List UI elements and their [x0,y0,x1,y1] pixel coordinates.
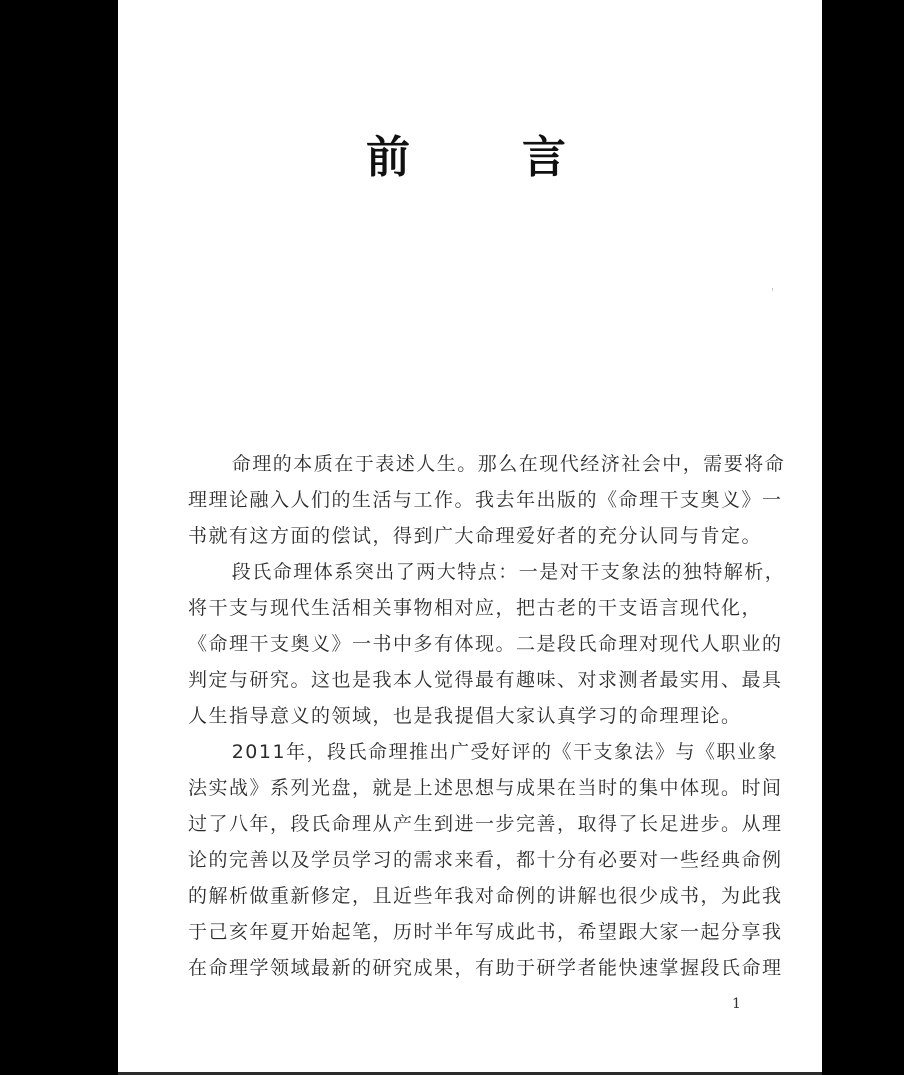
scan-speck [772,288,773,291]
text-line: 人生指导意义的领域，也是我提倡大家认真学习的命理理论。 [188,698,748,734]
text-line: 段氏命理体系突出了两大特点：一是对干支象法的独特解析， [188,554,748,590]
text-line: 在命理学领域最新的研究成果，有助于研学者能快速掌握段氏命理 [188,950,748,986]
paragraph-1: 命理的本质在于表述人生。那么在现代经济社会中，需要将命 理理论融入人们的生活与工… [188,446,748,554]
text-line: 法实战》系列光盘，就是上述思想与成果在当时的集中体现。时间 [188,770,748,806]
text-line: 判定与研究。这也是我本人觉得最有趣味、对求测者最实用、最具 [188,662,748,698]
text-line: 论的完善以及学员学习的需求来看，都十分有必要对一些经典命例 [188,842,748,878]
text-line: 命理的本质在于表述人生。那么在现代经济社会中，需要将命 [188,446,748,482]
text-line: 的解析做重新修定，且近些年我对命例的讲解也很少成书，为此我 [188,878,748,914]
document-page: 前 言 命理的本质在于表述人生。那么在现代经济社会中，需要将命 理理论融入人们的… [118,0,822,1072]
title-char-1: 前 [366,128,410,188]
text-line: 于己亥年夏开始起笔，历时半年写成此书，希望跟大家一起分享我 [188,914,748,950]
paragraph-2: 段氏命理体系突出了两大特点：一是对干支象法的独特解析， 将干支与现代生活相关事物… [188,554,748,734]
page-title: 前 言 [118,128,822,198]
text-line: 2011年，段氏命理推出广受好评的《干支象法》与《职业象 [188,734,748,770]
document-viewer: 前 言 命理的本质在于表述人生。那么在现代经济社会中，需要将命 理理论融入人们的… [0,0,904,1075]
body-text: 命理的本质在于表述人生。那么在现代经济社会中，需要将命 理理论融入人们的生活与工… [188,446,748,986]
text-line: 理理论融入人们的生活与工作。我去年出版的《命理干支奥义》一 [188,482,748,518]
page-number: 1 [732,996,741,1012]
text-line: 《命理干支奥义》一书中多有体现。二是段氏命理对现代人职业的 [188,626,748,662]
text-line: 过了八年，段氏命理从产生到进一步完善，取得了长足进步。从理 [188,806,748,842]
title-char-2: 言 [522,128,566,188]
paragraph-3: 2011年，段氏命理推出广受好评的《干支象法》与《职业象 法实战》系列光盘，就是… [188,734,748,986]
text-line: 将干支与现代生活相关事物相对应，把古老的干支语言现代化， [188,590,748,626]
text-line: 书就有这方面的偿试，得到广大命理爱好者的充分认同与肯定。 [188,518,748,554]
